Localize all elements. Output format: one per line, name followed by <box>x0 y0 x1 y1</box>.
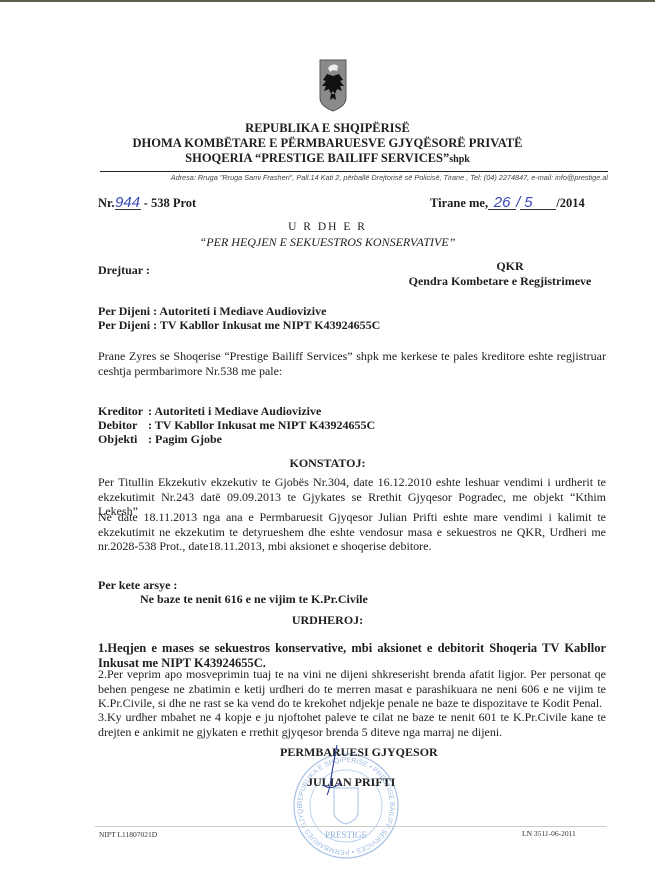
for-info-1: Per Dijeni : Autoriteti i Mediave Audiov… <box>98 304 326 319</box>
footer-license: LN 3511-06-2011 <box>522 829 576 838</box>
party-kreditor: Kreditor: Autoriteti i Mediave Audiovizi… <box>98 404 321 419</box>
nr-handwritten: 944 <box>115 196 141 210</box>
header-divider <box>100 171 608 172</box>
for-info-2: Per Dijeni : TV Kabllor Inkusat me NIPT … <box>98 318 380 333</box>
party-label: Kreditor <box>98 404 148 419</box>
order-item-1: 1.Heqjen e mases se sekuestros konservat… <box>98 641 606 670</box>
company-address: Adresa: Rruga "Rruga Sami Frasheri", Pal… <box>100 173 608 182</box>
party-value: : TV Kabllor Inkusat me NIPT K43924655C <box>148 418 375 432</box>
party-label: Debitor <box>98 418 148 433</box>
document-subtitle: “PER HEQJEN E SEKUESTROS KONSERVATIVE” <box>0 235 655 250</box>
nr-prefix: Nr. <box>98 196 115 210</box>
order-item-3: 3.Ky urdher mbahet ne 4 kopje e ju njoft… <box>98 710 606 739</box>
urdheroj-heading: URDHEROJ: <box>0 613 655 628</box>
footer-nipt: NIPT L11807021D <box>99 830 157 839</box>
official-stamp-icon: REPUBLIKA E SHQIPERISE • PRESTIGE BAILIF… <box>292 752 400 860</box>
addressee-label: Drejtuar : <box>98 263 150 278</box>
intro-paragraph: Prane Zyres se Shoqerise “Prestige Baili… <box>98 349 606 378</box>
date-year: /2014 <box>556 196 584 210</box>
reason-label: Per kete arsye : <box>98 578 177 593</box>
svg-text:PRESTIGE: PRESTIGE <box>325 830 368 840</box>
header-company: SHOQERIA “PRESTIGE BAILIFF SERVICES”shpk <box>0 151 655 167</box>
handwritten-signature-icon <box>315 745 345 805</box>
albanian-coat-of-arms-icon <box>318 58 348 112</box>
addressee-short: QKR <box>420 259 600 274</box>
date-day: 26 <box>488 196 516 210</box>
document-date: Tirane me,26/5/2014 <box>430 196 585 211</box>
party-label: Objekti <box>98 432 148 447</box>
protocol-number: Nr.944 - 538 Prot <box>98 196 196 211</box>
header-chamber: DHOMA KOMBËTARE E PËRMBARUESVE GJYQËSORË… <box>0 136 655 151</box>
date-prefix: Tirane me, <box>430 196 488 210</box>
nr-suffix: - 538 Prot <box>144 196 197 210</box>
order-item-2: 2.Per veprim apo mosveprimin tuaj te na … <box>98 667 606 711</box>
addressee-full: Qendra Kombetare e Regjistrimeve <box>395 274 605 289</box>
company-suffix: shpk <box>449 154 470 165</box>
document-title: U R DH E R <box>0 221 655 233</box>
footer-divider <box>95 826 607 827</box>
party-debitor: Debitor: TV Kabllor Inkusat me NIPT K439… <box>98 418 375 433</box>
company-name: SHOQERIA “PRESTIGE BAILIFF SERVICES” <box>185 151 449 165</box>
konstatoj-heading: KONSTATOJ: <box>0 456 655 471</box>
legal-basis: Ne baze te nenit 616 e ne vijim te K.Pr.… <box>140 592 368 607</box>
header-country: REPUBLIKA E SHQIPËRISË <box>0 121 655 136</box>
signatory-title: PERMBARUESI GJYQESOR <box>280 745 438 760</box>
party-value: : Autoriteti i Mediave Audiovizive <box>148 404 321 418</box>
party-value: : Pagim Gjobe <box>148 432 222 446</box>
scan-top-edge <box>0 0 655 2</box>
party-objekti: Objekti: Pagim Gjobe <box>98 432 222 447</box>
konstatoj-paragraph-2: Ne date 18.11.2013 nga ana e Permbaruesi… <box>98 510 606 554</box>
date-month: 5 <box>520 196 556 210</box>
